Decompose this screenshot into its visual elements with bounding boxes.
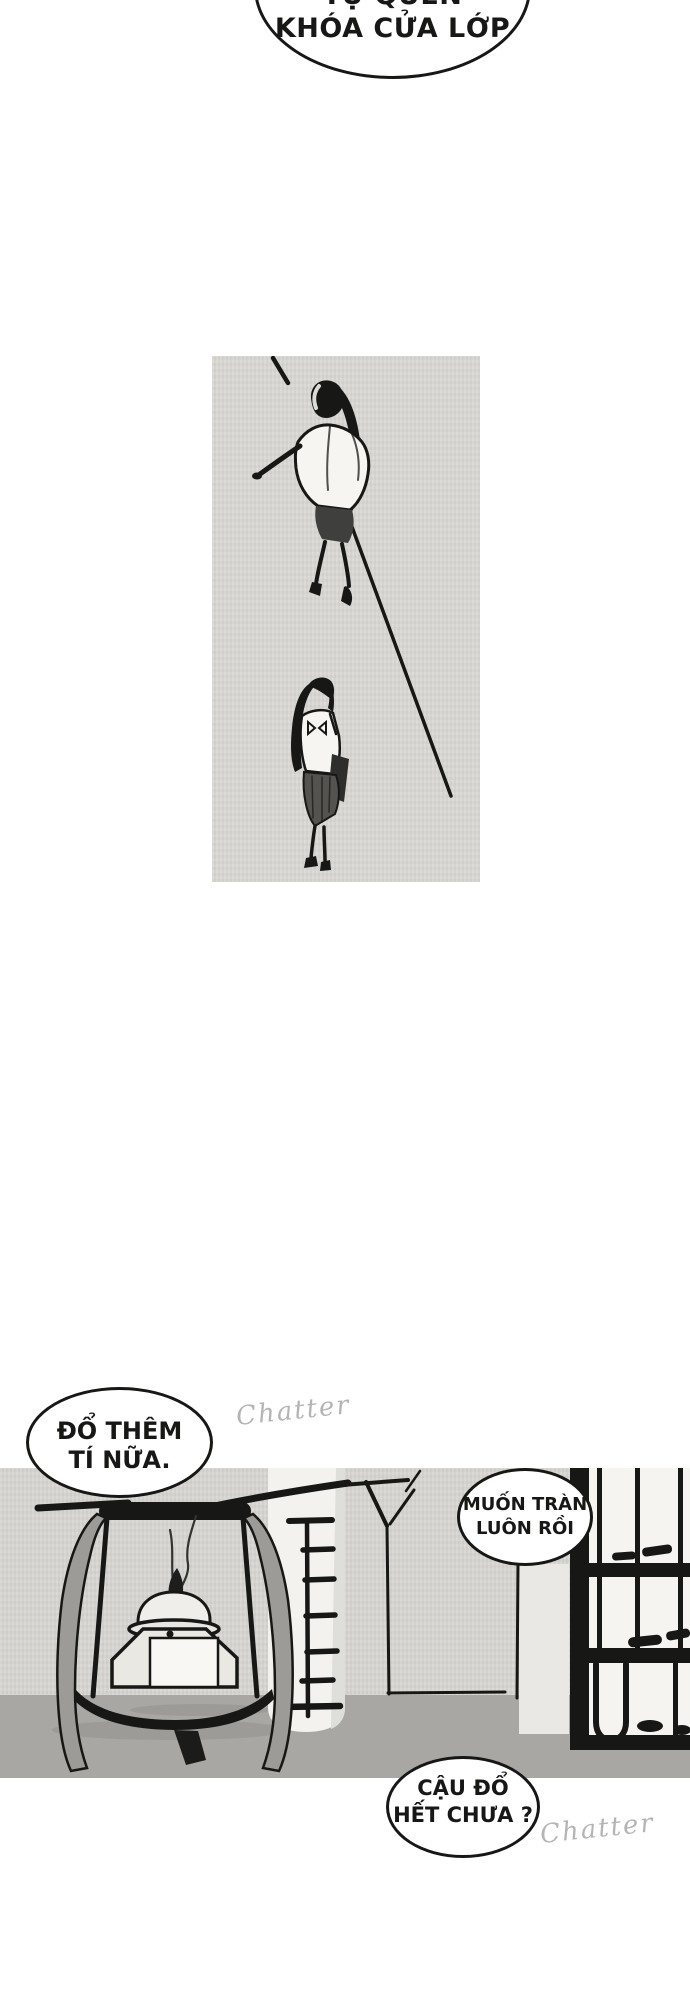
speech-line: CẬU ĐỔ	[389, 1775, 537, 1802]
speech-bubble-done-yet: CẬU ĐỔ HẾT CHƯA ?	[386, 1756, 540, 1858]
road-scene-drawing	[212, 356, 480, 882]
runner-figure	[252, 380, 369, 606]
speech-line: TÍ NỮA.	[29, 1446, 210, 1475]
walking-figure	[291, 677, 349, 871]
sfx-chatter-top: Chatter	[235, 1390, 352, 1432]
panel-road-scene	[212, 356, 480, 882]
speech-line: MUỐN TRÀN	[460, 1493, 590, 1517]
speech-bubble-pour-more: ĐỔ THÊM TÍ NỮA.	[26, 1387, 213, 1498]
speech-bubble-overflow: MUỐN TRÀN LUÔN RỒI	[457, 1468, 593, 1566]
road-line	[348, 516, 451, 796]
cup	[596, 1664, 626, 1740]
sfx-chatter-bottom: Chatter	[539, 1808, 656, 1850]
road-stroke	[273, 358, 288, 383]
speech-line: TỰ QUÊN	[257, 0, 528, 12]
speech-line: LUÔN RỒI	[460, 1517, 590, 1541]
floor-edge-line	[388, 1692, 505, 1693]
speech-line: ĐỔ THÊM	[29, 1417, 210, 1446]
speech-line: HẾT CHƯA ?	[389, 1802, 537, 1829]
speech-line: KHÓA CỬA LỚP	[257, 12, 528, 45]
speech-bubble-classroom: TỰ QUÊN KHÓA CỬA LỚP	[254, 0, 531, 79]
funnel	[342, 1471, 420, 1694]
door-strip	[519, 1564, 569, 1734]
